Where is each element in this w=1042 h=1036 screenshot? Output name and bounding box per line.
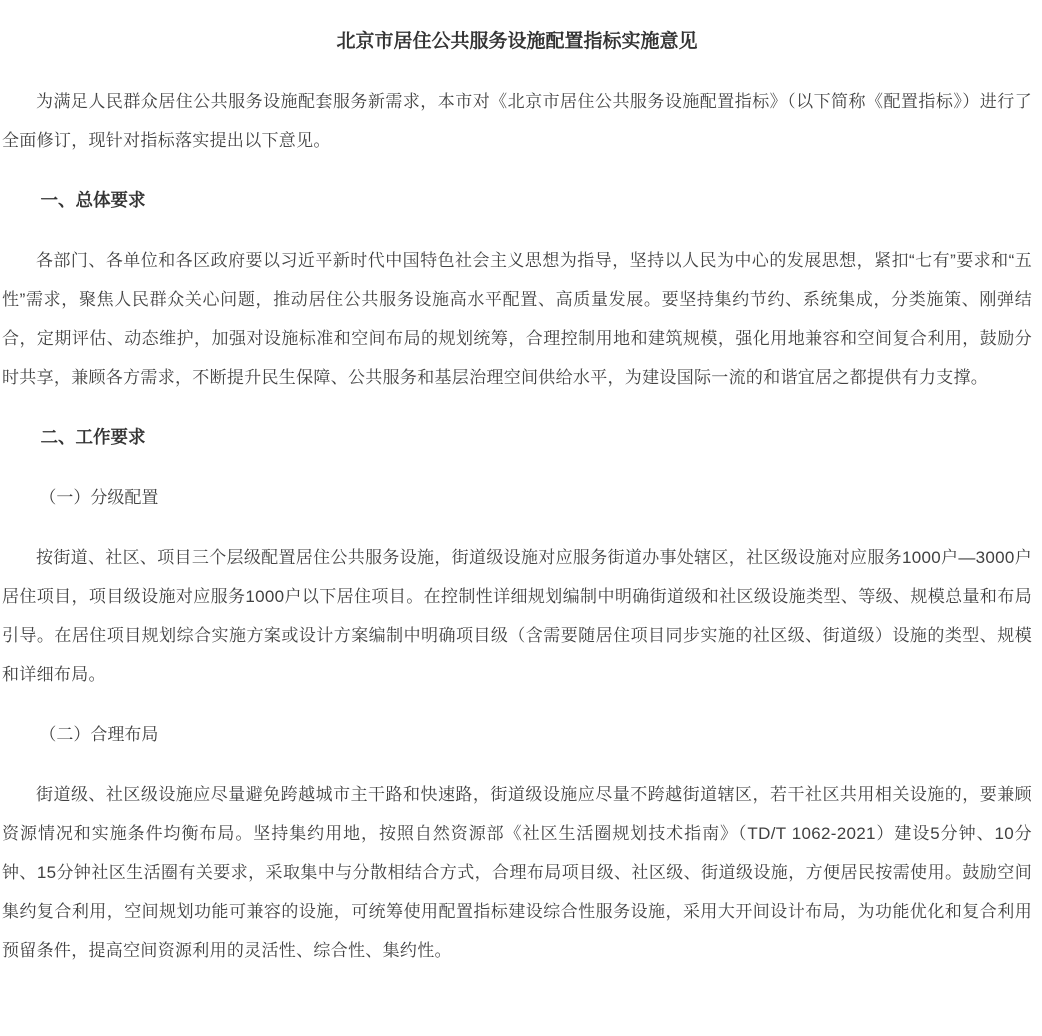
intro-paragraph: 为满足人民群众居住公共服务设施配套服务新需求，本市对《北京市居住公共服务设施配置… — [2, 82, 1032, 160]
rational-layout-paragraph: 街道级、社区级设施应尽量避免跨越城市主干路和快速路，街道级设施应尽量不跨越街道辖… — [2, 775, 1032, 970]
document-title: 北京市居住公共服务设施配置指标实施意见 — [2, 22, 1032, 61]
subsection-heading-tiered-configuration: （一）分级配置 — [2, 478, 1032, 517]
document: 北京市居住公共服务设施配置指标实施意见 为满足人民群众居住公共服务设施配套服务新… — [0, 0, 1042, 1015]
section-heading-work-requirements: 二、工作要求 — [2, 418, 1032, 457]
general-requirements-paragraph: 各部门、各单位和各区政府要以习近平新时代中国特色社会主义思想为指导，坚持以人民为… — [2, 241, 1032, 397]
tiered-configuration-paragraph: 按街道、社区、项目三个层级配置居住公共服务设施，街道级设施对应服务街道办事处辖区… — [2, 538, 1032, 694]
subsection-heading-rational-layout: （二）合理布局 — [2, 715, 1032, 754]
section-heading-general-requirements: 一、总体要求 — [2, 181, 1032, 220]
